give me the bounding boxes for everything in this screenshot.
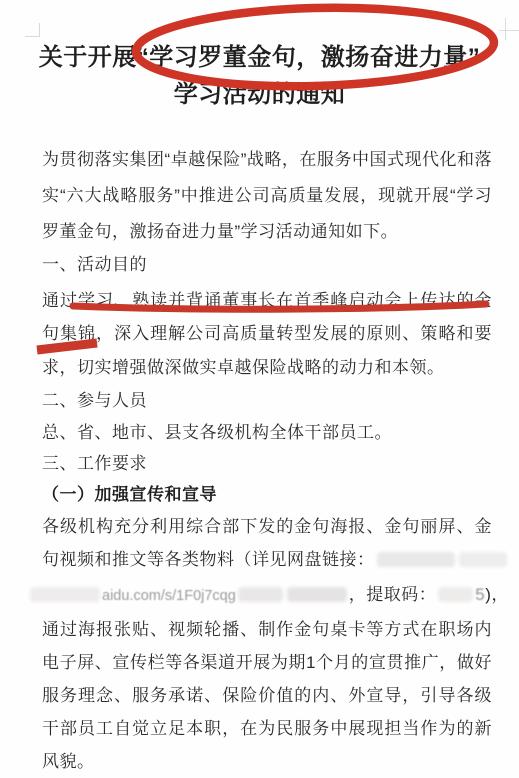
- redaction-blur: [30, 587, 100, 602]
- body-line-underlined: 句集锦，深入理解公司高质量转型发展的原则、策略和要: [42, 323, 492, 345]
- section-heading-2: 二、参与人员: [42, 390, 492, 412]
- notice-title-line2: 学习活动的通知: [0, 76, 519, 113]
- netdisk-link-line: 句视频和推文等各类物料（详见网盘链接：: [42, 549, 492, 571]
- subsection-heading: （一）加强宣传和宣导: [42, 484, 492, 506]
- section-heading-3: 三、工作要求: [42, 453, 492, 475]
- netdisk-url-line: aidu.com/s/1F0j7cqg，提取码：5)，: [28, 584, 506, 606]
- body-line: 电子屏、宣传栏等各渠道开展为期1个月的宣贯推广，做好: [42, 652, 492, 674]
- document-page: 关于开展“学习罗董金句，激扬奋进力量” 学习活动的通知 为贯彻落实集团“卓越保险…: [0, 0, 519, 778]
- body-line: 通过海报张贴、视频轮播、制作金句桌卡等方式在职场内: [42, 619, 492, 641]
- redaction-blur: [459, 552, 507, 567]
- notice-title-line1: 关于开展“学习罗董金句，激扬奋进力量”: [0, 39, 519, 76]
- redaction-blur: [238, 587, 283, 602]
- extraction-code-suffix: )，: [485, 585, 509, 604]
- body-line: 总、省、地市、县支各级机构全体干部员工。: [42, 422, 492, 444]
- margin-corner-mark-top-left: [25, 23, 40, 37]
- body-line: 各级机构充分利用综合部下发的金句海报、金句丽屏、金: [42, 516, 492, 538]
- extraction-code-label: ，提取码：: [349, 585, 437, 604]
- redaction-blur: [438, 587, 473, 602]
- body-line-underlined: 通过学习、熟读并背诵董事长在首季峰启动会上传达的金: [42, 290, 492, 312]
- redaction-blur: [377, 552, 455, 567]
- body-line: 实“六大战略服务”中推进公司高质量发展，现就开展“学习: [42, 185, 492, 207]
- body-line: 服务理念、服务承诺、保险价值的内、外宣导，引导各级: [42, 685, 492, 707]
- extraction-code-fragment: 5: [475, 585, 485, 604]
- body-line: 风貌。: [42, 751, 492, 773]
- margin-corner-mark-top-right-h: [499, 30, 519, 31]
- netdisk-url-fragment: aidu.com/s/1F0j7cqg: [102, 588, 236, 604]
- body-line: 求，切实增强做深做实卓越保险战略的动力和本领。: [42, 357, 492, 379]
- netdisk-link-label: 句视频和推文等各类物料（详见网盘链接：: [42, 550, 375, 569]
- redaction-blur: [287, 587, 347, 602]
- body-line: 干部员工自觉立足本职，在为民服务中展现担当作为的新: [42, 718, 492, 740]
- notice-title: 关于开展“学习罗董金句，激扬奋进力量” 学习活动的通知: [0, 39, 519, 113]
- body-line: 为贯彻落实集团“卓越保险”战略，在服务中国式现代化和落: [42, 149, 492, 171]
- body-line: 罗董金句，激扬奋进力量”学习活动通知如下。: [42, 221, 492, 243]
- margin-corner-mark-top-right: [505, 18, 506, 40]
- section-heading-1: 一、活动目的: [42, 254, 492, 276]
